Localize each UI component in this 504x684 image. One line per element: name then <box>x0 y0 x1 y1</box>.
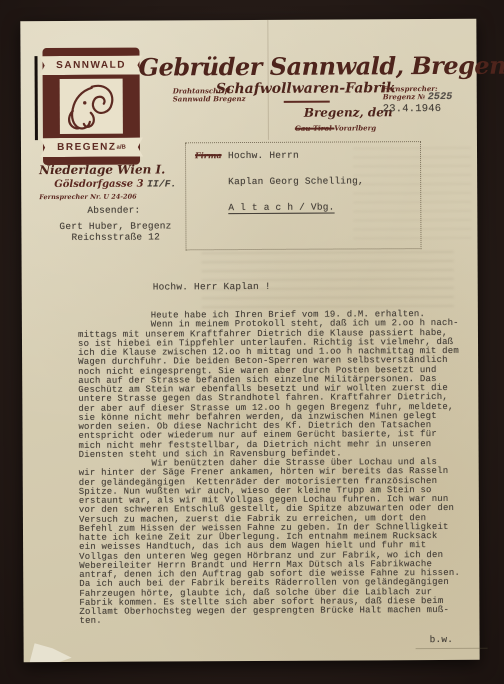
company-subtitle: Schafwollwaren-Fabrik <box>206 80 406 97</box>
region-struck-text: Gau Tirol- <box>295 124 334 133</box>
logo-bottom-banner: BREGENZa/B <box>40 138 143 158</box>
registration-mark <box>35 56 38 140</box>
phone-line: Bregenz № 2525 <box>383 93 453 102</box>
place-and-date-label: Bregenz, den <box>304 105 393 119</box>
phone-number: 2525 <box>428 92 453 103</box>
turn-over-underline <box>416 648 488 649</box>
subtitle-underline <box>284 101 330 103</box>
branch-phone: Fernsprecher Nr. U 24-206 <box>39 193 136 202</box>
letter-body: Heute habe ich Ihren Brief vom 19. d.M. … <box>78 310 472 627</box>
branch-street-printed: Gölsdorfgasse 3 <box>54 179 143 190</box>
region-text: Vorarlberg <box>334 123 376 132</box>
letter-page: SANNWALD BREGENZa/B Gebrüder Sannwald, B… <box>20 19 479 662</box>
paper-tear <box>30 641 72 662</box>
logo-bottom-banner-suffix: a/B <box>117 145 126 151</box>
branch-name: Niederlage Wien I. <box>39 162 165 177</box>
phone-block: Fernsprecher: Bregenz № 2525 <box>383 85 453 102</box>
company-logo: SANNWALD BREGENZa/B <box>42 48 140 166</box>
sender-street: Reichsstraße 12 <box>71 231 160 242</box>
letter-salutation: Hochw. Herr Kaplan ! <box>153 281 271 293</box>
ram-head-icon <box>60 79 123 134</box>
recipient-address-box: Firma Hochw. Herrn Kaplan Georg Schellin… <box>185 141 422 250</box>
ink-bleed-through <box>202 251 454 308</box>
logo-top-banner: SANNWALD <box>40 56 143 76</box>
sender-name: Gert Huber, Bregenz <box>59 220 171 232</box>
logo-top-banner-label: SANNWALD <box>56 60 126 71</box>
branch-street-typed: II/F. <box>147 178 177 189</box>
recipient-place: A l t a c h / Vbg. <box>228 202 334 214</box>
photo-backdrop: SANNWALD BREGENZa/B Gebrüder Sannwald, B… <box>0 0 504 684</box>
company-title: Gebrüder Sannwald, Bregenz <box>138 51 478 82</box>
letter-date: 23.4.1946 <box>383 103 442 115</box>
recipient-salutation: Hochw. Herrn <box>228 150 299 161</box>
recipient-name: Kaplan Georg Schelling, <box>228 175 364 187</box>
branch-street: Gölsdorfgasse 3 II/F. <box>54 178 176 190</box>
phone-prefix: Bregenz № <box>383 92 426 101</box>
logo-bottom-banner-label: BREGENZ <box>57 142 116 153</box>
turn-over-note: b.w. <box>430 634 454 645</box>
firma-label-struck: Firma <box>195 150 222 160</box>
region-line: Gau Tirol-Vorarlberg <box>295 123 376 132</box>
sender-label: Absender: <box>87 205 140 216</box>
